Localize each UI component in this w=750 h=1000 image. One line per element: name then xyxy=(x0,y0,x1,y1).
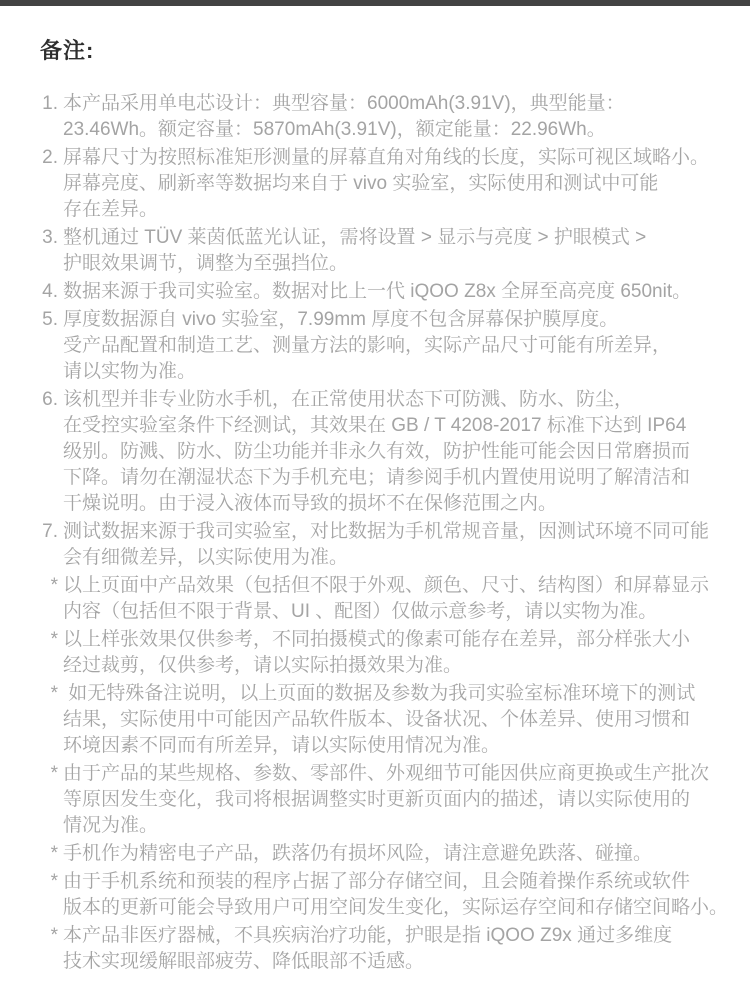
note-text: 该机型并非专业防水手机，在正常使用状态下可防溅、防水、防尘，在受控实验室条件下经… xyxy=(63,387,724,517)
note-text-line: 环境因素不同而有所差异，请以实际使用情况为准。 xyxy=(63,733,724,759)
note-item: *由于产品的某些规格、参数、零部件、外观细节可能因供应商更换或生产批次等原因发生… xyxy=(38,761,724,839)
note-text-line: 会有细微差异，以实际使用为准。 xyxy=(63,545,724,571)
note-text-line: 以上样张效果仅供参考，不同拍摄模式的像素可能存在差异，部分样张大小 xyxy=(63,627,724,653)
note-text-line: 由于手机系统和预装的程序占据了部分存储空间，且会随着操作系统或软件 xyxy=(63,869,724,895)
note-marker: 5. xyxy=(38,307,58,333)
note-text-line: 以上页面中产品效果（包括但不限于外观、颜色、尺寸、结构图）和屏幕显示 xyxy=(63,573,724,599)
note-marker: * xyxy=(38,573,58,599)
note-text-line: 本产品采用单电芯设计：典型容量：6000mAh(3.91V)，典型能量： xyxy=(63,91,724,117)
note-text-line: 经过裁剪，仅供参考，请以实际拍摄效果为准。 xyxy=(63,653,724,679)
note-text-line: 干燥说明。由于浸入液体而导致的损坏不在保修范围之内。 xyxy=(63,491,724,517)
note-text-line: 厚度数据源自 vivo 实验室，7.99mm 厚度不包含屏幕保护膜厚度。 xyxy=(63,307,724,333)
note-marker: * xyxy=(38,681,58,707)
note-text: 测试数据来源于我司实验室，对比数据为手机常规音量，因测试环境不同可能会有细微差异… xyxy=(63,519,724,571)
note-text: 屏幕尺寸为按照标准矩形测量的屏幕直角对角线的长度，实际可视区域略小。屏幕亮度、刷… xyxy=(63,145,724,223)
note-marker: 6. xyxy=(38,387,58,413)
note-marker: * xyxy=(38,761,58,787)
note-marker: 4. xyxy=(38,279,58,305)
note-text-line: 请以实物为准。 xyxy=(63,359,724,385)
note-item: 6.该机型并非专业防水手机，在正常使用状态下可防溅、防水、防尘，在受控实验室条件… xyxy=(38,387,724,517)
note-text-line: 本产品非医疗器械，不具疾病治疗功能，护眼是指 iQOO Z9x 通过多维度 xyxy=(63,923,724,949)
note-text-line: 版本的更新可能会导致用户可用空间发生变化，实际运存空间和存储空间略小。 xyxy=(63,895,724,921)
note-marker: 3. xyxy=(38,225,58,251)
note-item: 7.测试数据来源于我司实验室，对比数据为手机常规音量，因测试环境不同可能会有细微… xyxy=(38,519,724,571)
note-marker: * xyxy=(38,627,58,653)
note-text: 如无特殊备注说明，以上页面的数据及参数为我司实验室标准环境下的测试结果，实际使用… xyxy=(63,681,724,759)
note-item: *本产品非医疗器械，不具疾病治疗功能，护眼是指 iQOO Z9x 通过多维度技术… xyxy=(38,923,724,975)
note-text: 手机作为精密电子产品，跌落仍有损坏风险，请注意避免跌落、碰撞。 xyxy=(63,841,724,867)
note-text: 本产品非医疗器械，不具疾病治疗功能，护眼是指 iQOO Z9x 通过多维度技术实… xyxy=(63,923,724,975)
page-title: 备注: xyxy=(40,38,724,64)
note-marker: * xyxy=(38,841,58,867)
note-text: 本产品采用单电芯设计：典型容量：6000mAh(3.91V)，典型能量：23.4… xyxy=(63,91,724,143)
note-marker: * xyxy=(38,869,58,895)
note-text-line: 手机作为精密电子产品，跌落仍有损坏风险，请注意避免跌落、碰撞。 xyxy=(63,841,724,867)
note-item: 2.屏幕尺寸为按照标准矩形测量的屏幕直角对角线的长度，实际可视区域略小。屏幕亮度… xyxy=(38,145,724,223)
note-text-line: 下降。请勿在潮湿状态下为手机充电；请参阅手机内置使用说明了解清洁和 xyxy=(63,465,724,491)
note-text-line: 由于产品的某些规格、参数、零部件、外观细节可能因供应商更换或生产批次 xyxy=(63,761,724,787)
note-text: 厚度数据源自 vivo 实验室，7.99mm 厚度不包含屏幕保护膜厚度。受产品配… xyxy=(63,307,724,385)
note-text: 数据来源于我司实验室。数据对比上一代 iQOO Z8x 全屏至高亮度 650ni… xyxy=(63,279,724,305)
note-text: 整机通过 TÜV 莱茵低蓝光认证，需将设置 > 显示与亮度 > 护眼模式 >护眼… xyxy=(63,225,724,277)
note-text-line: 情况为准。 xyxy=(63,813,724,839)
note-text-line: 屏幕尺寸为按照标准矩形测量的屏幕直角对角线的长度，实际可视区域略小。 xyxy=(63,145,724,171)
note-text-line: 受产品配置和制造工艺、测量方法的影响，实际产品尺寸可能有所差异， xyxy=(63,333,724,359)
note-text-line: 结果，实际使用中可能因产品软件版本、设备状况、个体差异、使用习惯和 xyxy=(63,707,724,733)
note-text-line: 在受控实验室条件下经测试，其效果在 GB / T 4208-2017 标准下达到… xyxy=(63,413,724,439)
note-item: *由于手机系统和预装的程序占据了部分存储空间，且会随着操作系统或软件版本的更新可… xyxy=(38,869,724,921)
note-marker: 1. xyxy=(38,91,58,117)
note-item: 5.厚度数据源自 vivo 实验室，7.99mm 厚度不包含屏幕保护膜厚度。受产… xyxy=(38,307,724,385)
note-text-line: 护眼效果调节，调整为至强挡位。 xyxy=(63,251,724,277)
note-text-line: 整机通过 TÜV 莱茵低蓝光认证，需将设置 > 显示与亮度 > 护眼模式 > xyxy=(63,225,724,251)
note-text: 以上样张效果仅供参考，不同拍摄模式的像素可能存在差异，部分样张大小经过裁剪，仅供… xyxy=(63,627,724,679)
note-text-line: 23.46Wh。额定容量：5870mAh(3.91V)，额定能量：22.96Wh… xyxy=(63,117,724,143)
note-marker: * xyxy=(38,923,58,949)
note-text-line: 屏幕亮度、刷新率等数据均来自于 vivo 实验室，实际使用和测试中可能 xyxy=(63,171,724,197)
note-text-line: 技术实现缓解眼部疲劳、降低眼部不适感。 xyxy=(63,949,724,975)
note-item: * 如无特殊备注说明，以上页面的数据及参数为我司实验室标准环境下的测试结果，实际… xyxy=(38,681,724,759)
note-marker: 2. xyxy=(38,145,58,171)
note-item: 4.数据来源于我司实验室。数据对比上一代 iQOO Z8x 全屏至高亮度 650… xyxy=(38,279,724,305)
note-item: *手机作为精密电子产品，跌落仍有损坏风险，请注意避免跌落、碰撞。 xyxy=(38,841,724,867)
note-text-line: 数据来源于我司实验室。数据对比上一代 iQOO Z8x 全屏至高亮度 650ni… xyxy=(63,279,724,305)
note-text: 由于手机系统和预装的程序占据了部分存储空间，且会随着操作系统或软件版本的更新可能… xyxy=(63,869,724,921)
note-text: 以上页面中产品效果（包括但不限于外观、颜色、尺寸、结构图）和屏幕显示内容（包括但… xyxy=(63,573,724,625)
notes-list: 1.本产品采用单电芯设计：典型容量：6000mAh(3.91V)，典型能量：23… xyxy=(38,91,724,975)
note-text-line: 测试数据来源于我司实验室，对比数据为手机常规音量，因测试环境不同可能 xyxy=(63,519,724,545)
note-item: 3.整机通过 TÜV 莱茵低蓝光认证，需将设置 > 显示与亮度 > 护眼模式 >… xyxy=(38,225,724,277)
note-marker: 7. xyxy=(38,519,58,545)
remarks-section: 备注: 1.本产品采用单电芯设计：典型容量：6000mAh(3.91V)，典型能… xyxy=(0,6,750,975)
note-text-line: 内容（包括但不限于背景、UI 、配图）仅做示意参考，请以实物为准。 xyxy=(63,599,724,625)
note-item: 1.本产品采用单电芯设计：典型容量：6000mAh(3.91V)，典型能量：23… xyxy=(38,91,724,143)
note-item: *以上页面中产品效果（包括但不限于外观、颜色、尺寸、结构图）和屏幕显示内容（包括… xyxy=(38,573,724,625)
note-text-line: 如无特殊备注说明，以上页面的数据及参数为我司实验室标准环境下的测试 xyxy=(63,681,724,707)
note-text-line: 等原因发生变化，我司将根据调整实时更新页面内的描述，请以实际使用的 xyxy=(63,787,724,813)
note-text-line: 该机型并非专业防水手机，在正常使用状态下可防溅、防水、防尘， xyxy=(63,387,724,413)
note-text: 由于产品的某些规格、参数、零部件、外观细节可能因供应商更换或生产批次等原因发生变… xyxy=(63,761,724,839)
note-text-line: 存在差异。 xyxy=(63,197,724,223)
note-item: *以上样张效果仅供参考，不同拍摄模式的像素可能存在差异，部分样张大小经过裁剪，仅… xyxy=(38,627,724,679)
note-text-line: 级别。防溅、防水、防尘功能并非永久有效，防护性能可能会因日常磨损而 xyxy=(63,439,724,465)
